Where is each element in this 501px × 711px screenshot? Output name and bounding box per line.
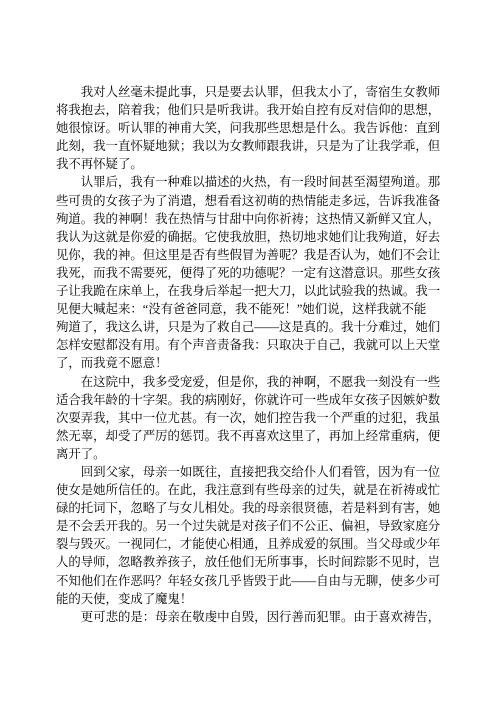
- text-line: 离开了。: [56, 445, 448, 463]
- text-line: 次耍弄我，其中一位尤甚。有一次，她们控告我一个严重的过犯，我虽: [56, 409, 448, 427]
- text-line: 认罪后，我有一种难以描述的火热，有一段时间甚至渴望殉道。那: [56, 173, 448, 191]
- text-line: 在这院中，我多受宠爱，但是你，我的神啊，不愿我一刻没有一些: [56, 373, 448, 391]
- text-line: 然无辜，却受了严厉的惩罚。我不再喜欢这里了，再加上经常重病，便: [56, 427, 448, 445]
- text-line: 是不会丢开我的。另一个过失就是对孩子们不公正、偏袒，导致家庭分: [56, 517, 448, 535]
- text-line: 人的导师，忽略教养孩子，放任他们无所事事，长时间踪影不见时，岂: [56, 553, 448, 571]
- text-line: 使女是她所信任的。在此，我注意到有些母亲的过失，就是在祈祷或忙: [56, 481, 448, 499]
- text-line: 了，而我竟不愿意！: [56, 354, 448, 372]
- text-line: 我认为这就是你爱的确据。它使我放胆，热切地求她们让我殉道，好去: [56, 228, 448, 246]
- text-line: 见你，我的神。但这里是否有些假冒为善呢？我是否认为，她们不会让: [56, 246, 448, 264]
- text-line: 此刻，我一直怀疑地狱；我以为女教师跟我讲，只是为了让我学乖，但: [56, 137, 448, 155]
- text-line: 我死，而我不需要死，便得了死的功德呢？一定有这潜意识。那些女孩: [56, 264, 448, 282]
- text-line: 适合我年龄的十字架。我的病刚好，你就许可一些成年女孩子因嫉妒数: [56, 391, 448, 409]
- text-line: 我不再怀疑了。: [56, 155, 448, 173]
- text-line: 殉道。我的神啊！我在热情与甘甜中向你祈祷；这热情又新鲜又宜人，: [56, 210, 448, 228]
- page-text: 我对人丝毫未提此事，只是要去认罪，但我太小了，寄宿生女教师将我抱去，陪着我；他们…: [56, 83, 448, 626]
- text-line: 她很惊讶。听认罪的神甫大笑，问我那些思想是什么。我告诉他：直到: [56, 119, 448, 137]
- text-line: 殉道了，我这么讲，只是为了救自己——这是真的。我十分难过，她们: [56, 318, 448, 336]
- text-line: 我对人丝毫未提此事，只是要去认罪，但我太小了，寄宿生女教师: [56, 83, 448, 101]
- text-line: 碌的托词下，忽略了与女儿相处。我的母亲很贤德，若是料到有害，她: [56, 499, 448, 517]
- text-line: 见便大喊起来：“没有爸爸同意，我不能死！”她们说，这样我就不能: [56, 300, 448, 318]
- text-line: 回到父家，母亲一如既往，直接把我交给仆人们看管，因为有一位: [56, 463, 448, 481]
- text-line: 能的天使，变成了魔鬼！: [56, 590, 448, 608]
- text-line: 将我抱去，陪着我；他们只是听我讲。我开始自控有反对信仰的思想，: [56, 101, 448, 119]
- text-line: 不知他们在作恶吗？年轻女孩几乎皆毁于此——自由与无聊，使多少可: [56, 572, 448, 590]
- text-line: 裂与毁灭。一视同仁，才能使心相通，且养成爱的氛围。当父母或少年: [56, 535, 448, 553]
- text-line: 些可贵的女孩子为了消遣，想看看这初萌的热情能走多远，告诉我准备: [56, 192, 448, 210]
- document-page: 我对人丝毫未提此事，只是要去认罪，但我太小了，寄宿生女教师将我抱去，陪着我；他们…: [0, 0, 501, 711]
- text-line: 怎样安慰都没有用。有个声音责备我：只取决于自己，我就可以上天堂: [56, 336, 448, 354]
- text-line: 更可悲的是：母亲在敬虔中自毁，因行善而犯罪。由于喜欢祷告，: [56, 608, 448, 626]
- text-line: 子让我跪在床单上，在我身后举起一把大刀，以此试验我的热诚。我一: [56, 282, 448, 300]
